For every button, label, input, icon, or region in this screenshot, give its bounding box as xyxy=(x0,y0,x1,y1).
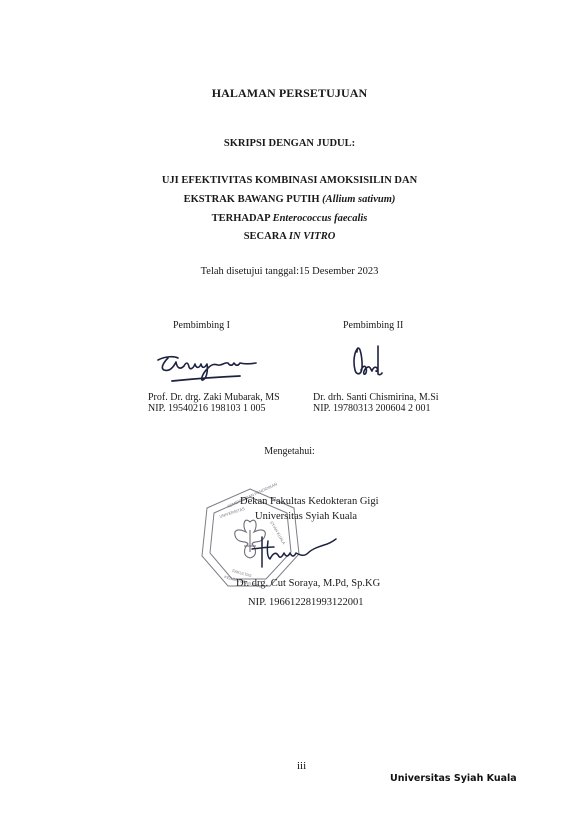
scientific-name-allium: (Allium sativum) xyxy=(322,194,395,205)
advisor-1-label: Pembimbing I xyxy=(173,320,230,331)
thesis-title-line-1: UJI EFEKTIVITAS KOMBINASI AMOKSISILIN DA… xyxy=(0,175,579,186)
scientific-name-enterococcus: Enterococcus faecalis xyxy=(273,213,368,224)
footer-university: Universitas Syiah Kuala xyxy=(390,773,517,784)
advisor-1-name: Prof. Dr. drg. Zaki Mubarak, MS xyxy=(148,392,280,403)
thesis-title-line-2-text: EKSTRAK BAWANG PUTIH xyxy=(184,194,323,205)
in-vitro-text: IN VITRO xyxy=(289,231,335,242)
dean-university: Universitas Syiah Kuala xyxy=(255,511,357,522)
thesis-title-line-3: TERHADAP Enterococcus faecalis xyxy=(0,213,579,224)
page-number: iii xyxy=(297,760,306,772)
dean-nip: NIP. 196612281993122001 xyxy=(248,597,364,608)
advisor-2-nip: NIP. 19780313 200604 2 001 xyxy=(313,403,439,414)
acknowledged-label: Mengetahui: xyxy=(0,446,579,457)
dean-name: Dr. drg. Cut Soraya, M.Pd, Sp.KG xyxy=(236,578,380,589)
thesis-title-line-4-text: SECARA xyxy=(244,231,289,242)
advisor-2-label: Pembimbing II xyxy=(343,320,403,331)
approval-date: Telah disetujui tanggal:15 Desember 2023 xyxy=(0,266,579,277)
advisor-2-name: Dr. drh. Santi Chismirina, M.Si xyxy=(313,392,439,403)
page-title: HALAMAN PERSETUJUAN xyxy=(0,86,579,101)
dean-signature-icon xyxy=(248,533,338,569)
thesis-title-line-3-text: TERHADAP xyxy=(212,213,273,224)
thesis-title-line-4: SECARA IN VITRO xyxy=(0,231,579,242)
thesis-subheading: SKRIPSI DENGAN JUDUL: xyxy=(0,138,579,149)
svg-text:UNIVERSITAS: UNIVERSITAS xyxy=(219,506,246,519)
advisor-1-nip: NIP. 19540216 198103 1 005 xyxy=(148,403,280,414)
thesis-title-line-2: EKSTRAK BAWANG PUTIH (Allium sativum) xyxy=(0,194,579,205)
dean-title: Dekan Fakultas Kedokteran Gigi xyxy=(240,496,379,507)
advisor-1-signature-icon xyxy=(152,348,262,388)
advisor-2-signature-icon xyxy=(350,344,384,380)
advisor-1-info: Prof. Dr. drg. Zaki Mubarak, MS NIP. 195… xyxy=(148,392,280,414)
advisor-2-info: Dr. drh. Santi Chismirina, M.Si NIP. 197… xyxy=(313,392,439,414)
